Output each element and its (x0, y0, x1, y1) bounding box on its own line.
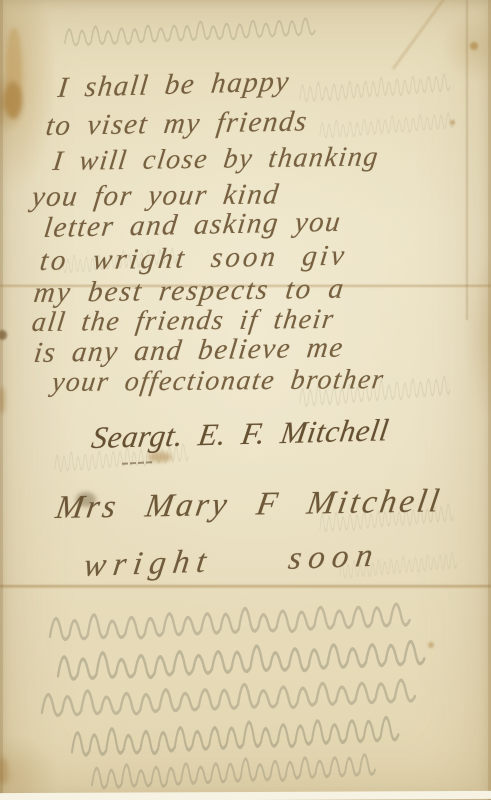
paper-left-edge-shading (0, 0, 3, 800)
stain-speck-bottom (428, 642, 434, 648)
stain-right-edge-spot (470, 42, 478, 50)
letter-line: letter and asking you (42, 208, 343, 243)
letter-line: I will close by thanking (51, 143, 380, 176)
letter-line: your offectionate brother (50, 366, 386, 397)
fold-crease-horizontal-lower (0, 584, 491, 589)
addressee-line: Mrs Mary F Mitchell (53, 485, 444, 525)
letter-line: my best respects to a (32, 275, 347, 308)
letter-line: I shall be happy (56, 68, 291, 103)
fold-crease-vertical-right (466, 0, 468, 320)
letter-line: is any and believe me (32, 334, 345, 368)
stain-top-left-blob (4, 82, 22, 118)
signature-line: Seargt. E. F. Mitchell (90, 414, 391, 453)
letter-line: to wright soon giv (38, 242, 349, 276)
letter-scan-page: I shall be happy to viset my friends I w… (0, 0, 491, 800)
stain-speck-right (450, 120, 455, 125)
letter-line: to viset my friends (44, 107, 309, 141)
scanner-edge-strip (0, 791, 491, 800)
closing-note-line: wright soon (82, 540, 382, 583)
signature-flourish-underline (122, 461, 152, 465)
fold-crease-diagonal-top-right (392, 0, 450, 70)
